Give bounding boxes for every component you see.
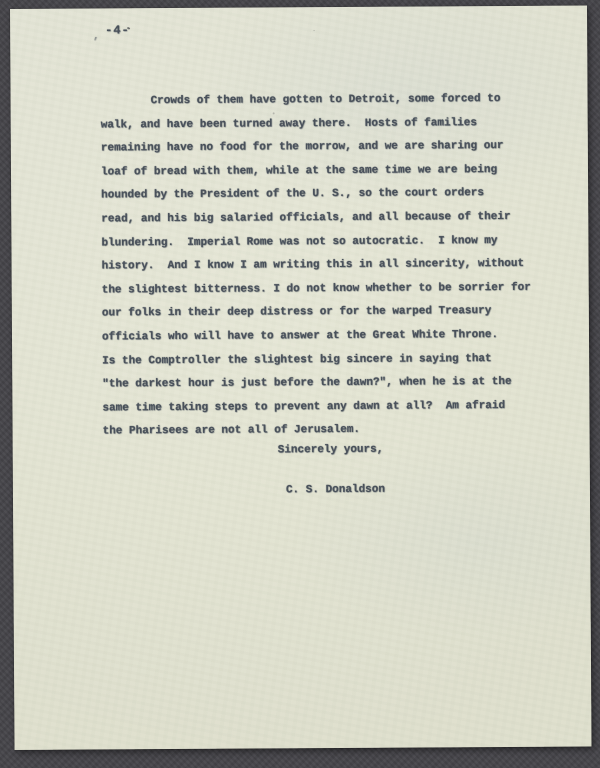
letter-line: same time taking steps to prevent any da… xyxy=(102,394,572,420)
letter-line: the Pharisees are not all of Jerusalem. xyxy=(103,418,573,444)
letter-body: Crowds of them have gotten to Detroit, s… xyxy=(100,88,572,445)
letter-line: hounded by the President of the U. S., s… xyxy=(101,182,571,208)
letter-line: "the darkest hour is just before the daw… xyxy=(102,371,572,397)
letter-signature: C. S. Donaldson xyxy=(286,484,385,497)
letter-line: remaining have no food for the morrow, a… xyxy=(101,135,571,161)
ink-speck xyxy=(313,30,315,31)
letter-line: walk, and have been turned away there. H… xyxy=(101,111,571,137)
letter-line: officials who will have to answer at the… xyxy=(102,324,572,350)
letter-line: Crowds of them have gotten to Detroit, s… xyxy=(100,88,570,114)
letter-page: , -4- Crowds of them have gotten to Detr… xyxy=(10,5,592,750)
stray-ink-mark: , xyxy=(93,31,99,42)
letter-line: loaf of bread with them, while at the sa… xyxy=(101,158,571,184)
letter-line: our folks in their deep distress or for … xyxy=(102,300,572,326)
letter-closing: Sincerely yours, xyxy=(278,444,384,457)
letter-line: Is the Comptroller the slightest big sin… xyxy=(102,347,572,373)
letter-line: read, and his big salaried officials, an… xyxy=(101,206,571,232)
page-number: -4- xyxy=(105,23,130,37)
letter-line: the slightest bitterness. I do not know … xyxy=(102,276,572,302)
letter-line: blundering. Imperial Rome was not so aut… xyxy=(101,229,571,255)
letter-line: history. And I know I am writing this in… xyxy=(102,253,572,279)
